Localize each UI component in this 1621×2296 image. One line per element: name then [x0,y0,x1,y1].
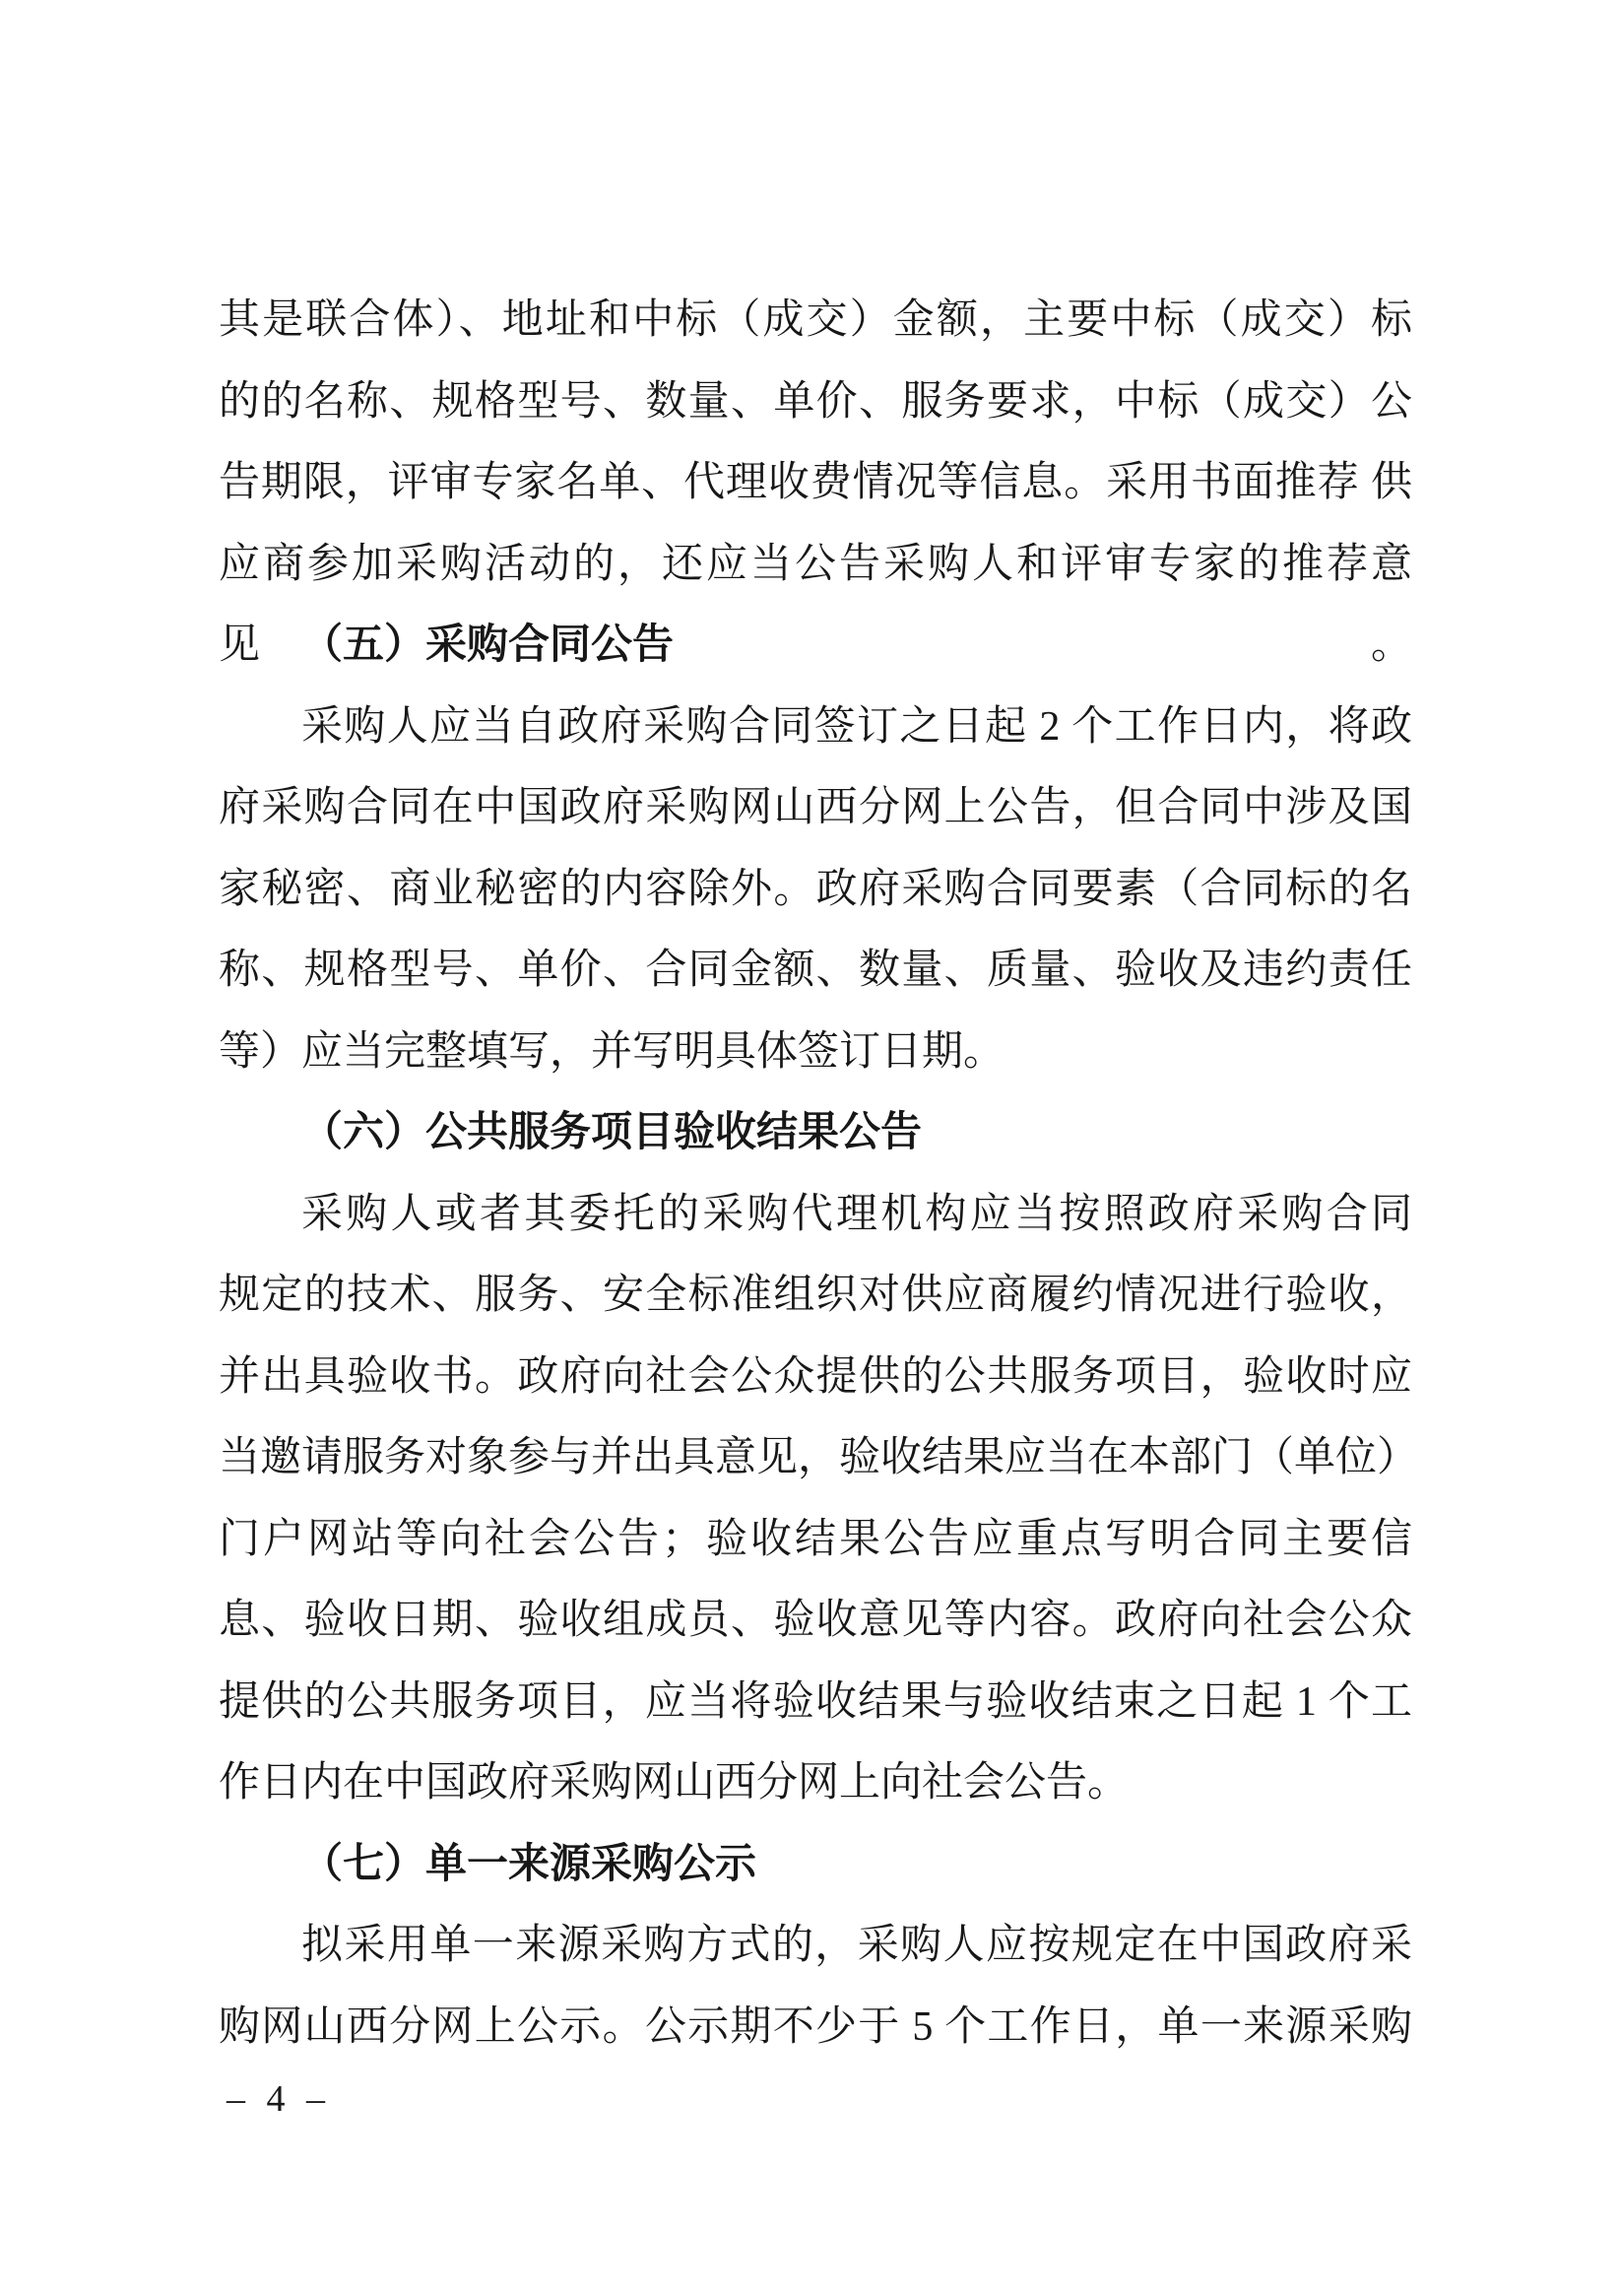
body-line: 告期限，评审专家名单、代理收费情况等信息。采用书面推荐 供 [219,442,1412,524]
body-line: 并出具验收书。政府向社会公众提供的公共服务项目，验收时应 [219,1337,1412,1418]
document-body: 其是联合体）、地址和中标（成交）金额，主要中标（成交）标 的的名称、规格型号、数… [219,280,1412,2067]
body-line: 等）应当完整填写，并写明具体签订日期。 [219,1012,1412,1093]
document-page: 其是联合体）、地址和中标（成交）金额，主要中标（成交）标 的的名称、规格型号、数… [0,0,1621,2296]
body-line: 作日内在中国政府采购网山西分网上向社会公告。 [219,1742,1412,1824]
body-line: 提供的公共服务项目，应当将验收结果与验收结束之日起 1 个工 [219,1662,1412,1743]
section-heading: （七）单一来源采购公示 [219,1824,1412,1906]
section-heading: （六）公共服务项目验收结果公告 [219,1092,1412,1174]
body-line: 应商参加采购活动的，还应当公告采购人和评审专家的推荐意见。 [219,524,1412,606]
body-line: 门户网站等向社会公告；验收结果公告应重点写明合同主要信 [219,1499,1412,1581]
body-line: 府采购合同在中国政府采购网山西分网上公告，但合同中涉及国 [219,767,1412,849]
body-line: 当邀请服务对象参与并出具意见，验收结果应当在本部门（单位） [219,1417,1412,1499]
body-line: 拟采用单一来源采购方式的，采购人应按规定在中国政府采 [219,1905,1412,1987]
body-line: 采购人或者其委托的采购代理机构应当按照政府采购合同 [219,1174,1412,1256]
body-line: 其是联合体）、地址和中标（成交）金额，主要中标（成交）标 [219,280,1412,361]
body-line: 的的名称、规格型号、数量、单价、服务要求，中标（成交）公 [219,361,1412,443]
page-number: – 4 – [227,2071,331,2127]
body-line: 规定的技术、服务、安全标准组织对供应商履约情况进行验收， [219,1255,1412,1337]
body-line: 称、规格型号、单价、合同金额、数量、质量、验收及违约责任 [219,930,1412,1012]
body-line: 息、验收日期、验收组成员、验收意见等内容。政府向社会公众 [219,1580,1412,1662]
body-line: 购网山西分网上公示。公示期不少于 5 个工作日，单一来源采购 [219,1987,1412,2068]
body-line: 家秘密、商业秘密的内容除外。政府采购合同要素（合同标的名 [219,849,1412,931]
body-line: 采购人应当自政府采购合同签订之日起 2 个工作日内，将政 [219,687,1412,768]
